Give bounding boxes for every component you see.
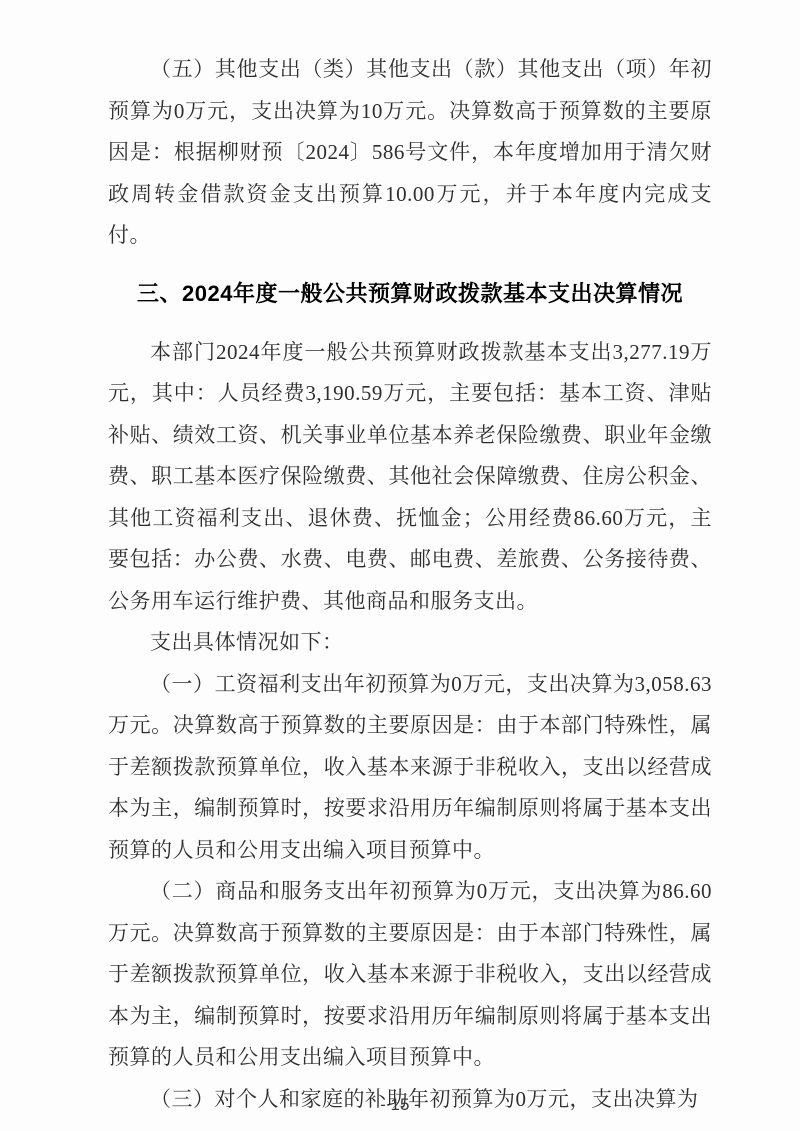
document-page: （五）其他支出（类）其他支出（款）其他支出（项）年初预算为0万元，支出决算为10… xyxy=(0,0,800,1131)
section-heading: 三、2024年度一般公共预算财政拨款基本支出决算情况 xyxy=(108,279,712,308)
paragraph-detail-intro: 支出具体情况如下： xyxy=(108,622,712,664)
page-number: - 15 - xyxy=(0,1095,800,1115)
paragraph-other-expenditure: （五）其他支出（类）其他支出（款）其他支出（项）年初预算为0万元，支出决算为10… xyxy=(108,49,712,257)
paragraph-basic-expenditure-overview: 本部门2024年度一般公共预算财政拨款基本支出3,277.19万元，其中：人员经… xyxy=(108,332,712,623)
paragraph-item-2-goods-services: （二）商品和服务支出年初预算为0万元，支出决算为86.60万元。决算数高于预算数… xyxy=(108,871,712,1079)
paragraph-item-1-wages-benefits: （一）工资福利支出年初预算为0万元，支出决算为3,058.63万元。决算数高于预… xyxy=(108,664,712,872)
document-content: （五）其他支出（类）其他支出（款）其他支出（项）年初预算为0万元，支出决算为10… xyxy=(108,49,712,1120)
